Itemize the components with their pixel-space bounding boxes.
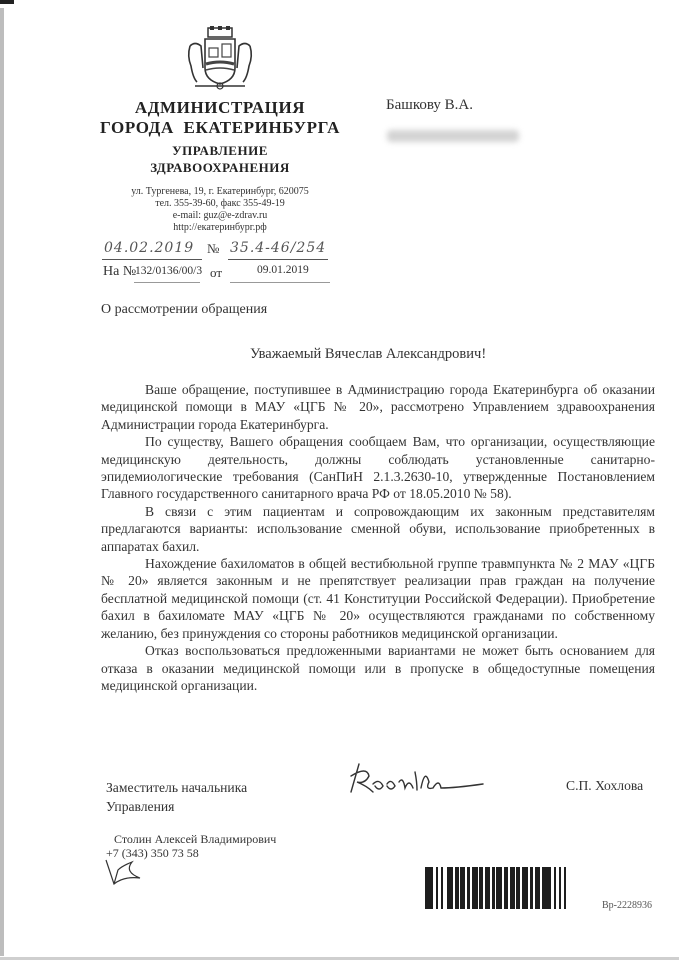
reply-to-date: 09.01.2019 — [257, 264, 309, 276]
paragraph: Ваше обращение, поступившее в Администра… — [101, 381, 655, 433]
reply-number-underline — [134, 282, 200, 283]
signer-position: Заместитель начальника Управления — [106, 778, 247, 816]
reply-date-underline — [230, 282, 330, 283]
number-label: № — [207, 241, 219, 257]
website: http://екатеринбург.рф — [100, 222, 340, 234]
document-barcode-icon — [425, 867, 595, 909]
contact-block: ул. Тургенева, 19, г. Екатеринбург, 6200… — [100, 186, 340, 234]
dept-name-line1: УПРАВЛЕНИЕ — [100, 142, 340, 159]
registration-code: Вр-2228936 — [602, 900, 652, 911]
number-underline — [228, 259, 328, 260]
signer-position-line2: Управления — [106, 797, 247, 816]
paragraph: Нахождение бахиломатов в общей вестибюль… — [101, 555, 655, 642]
paragraph: Отказ воспользоваться предложенными вари… — [101, 642, 655, 694]
reply-to-label: На № — [103, 264, 136, 280]
signer-name: С.П. Хохлова — [566, 778, 643, 794]
outgoing-date: 04.02.2019 — [104, 240, 194, 256]
reply-to-number: 132/0136/00/3 — [135, 265, 202, 277]
address: ул. Тургенева, 19, г. Екатеринбург, 6200… — [100, 186, 340, 198]
handwritten-signature-icon — [345, 758, 485, 798]
outgoing-number-line: 35.4-46/254 — [230, 240, 326, 256]
dept-name-line2: ЗДРАВООХРАНЕНИЯ — [100, 159, 340, 176]
executor-name: Столин Алексей Владимирович — [114, 832, 276, 847]
scan-edge-left — [0, 8, 4, 956]
recipient-name: Башкову В.А. — [386, 97, 473, 114]
letterhead: АДМИНИСТРАЦИЯ ГОРОДА ЕКАТЕРИНБУРГА УПРАВ… — [100, 26, 340, 234]
org-name-line1: АДМИНИСТРАЦИЯ — [100, 98, 340, 118]
email: e-mail: guz@e-zdrav.ru — [100, 210, 340, 222]
pen-checkmark-icon — [104, 858, 164, 894]
phone-fax: тел. 355-39-60, факс 355-49-19 — [100, 198, 340, 210]
recipient-email-redacted — [387, 130, 519, 142]
org-name-line2: ГОРОДА ЕКАТЕРИНБУРГА — [100, 118, 340, 138]
signer-position-line1: Заместитель начальника — [106, 778, 247, 797]
outgoing-date-line: 04.02.2019 — [104, 240, 194, 256]
letter-subject: О рассмотрении обращения — [101, 302, 267, 318]
paragraph: По существу, Вашего обращения сообщаем В… — [101, 433, 655, 503]
outgoing-number: 35.4-46/254 — [230, 240, 326, 256]
yekaterinburg-coat-of-arms-icon — [185, 26, 255, 92]
salutation: Уважаемый Вячеслав Александрович! — [250, 346, 486, 363]
from-label: от — [210, 265, 222, 281]
scan-edge-top — [0, 0, 14, 4]
date-underline — [102, 259, 202, 260]
paragraph: В связи с этим пациентам и сопровождающи… — [101, 503, 655, 555]
letter-body: Ваше обращение, поступившее в Администра… — [101, 381, 655, 694]
